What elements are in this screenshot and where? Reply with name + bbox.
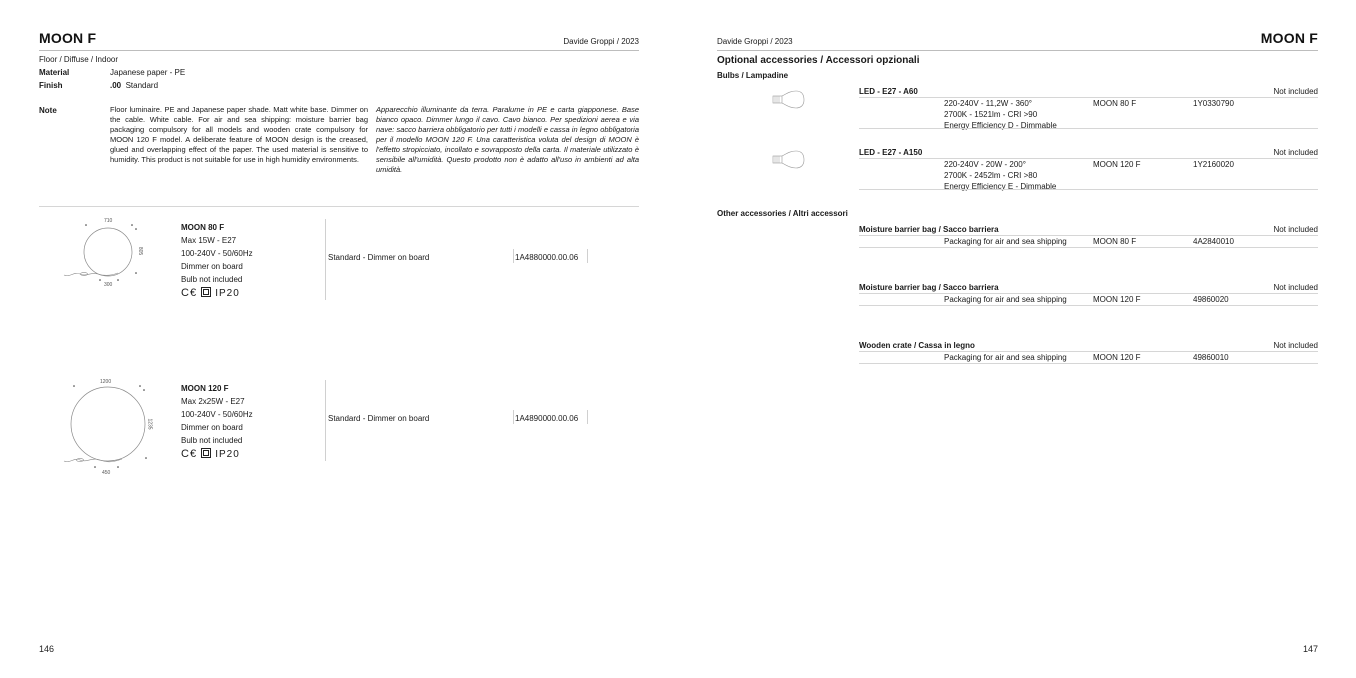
bulb-a150-status: Not included: [1218, 147, 1318, 158]
spec-wattage: Max 2x25W - E27: [181, 395, 253, 408]
spec-line: 2700K - 1521lm - CRI >90: [944, 109, 1057, 120]
bulb-a60-icon: [770, 90, 806, 115]
section-divider: [39, 206, 639, 207]
spec-voltage: 100-240V - 50/60Hz: [181, 408, 253, 421]
moon-80-code: 1A4880000.00.06: [515, 252, 578, 263]
code-divider-left: [513, 249, 514, 263]
dim-base-label: 450: [102, 470, 110, 476]
bulbs-heading: Bulbs / Lampadine: [717, 70, 788, 81]
note-english: Floor luminaire. PE and Japanese paper s…: [110, 105, 368, 165]
bulb-a60-name: LED - E27 - A60: [859, 86, 918, 97]
accessory-status: Not included: [1218, 340, 1318, 351]
accessory-model: MOON 120 F: [1093, 352, 1141, 363]
moon-80-version: Standard - Dimmer on board: [328, 252, 429, 263]
spec-line: 2700K - 2452lm - CRI >80: [944, 170, 1056, 181]
note-label: Note: [39, 105, 57, 116]
moon-120-specs: MOON 120 F Max 2x25W - E27 100-240V - 50…: [181, 382, 253, 461]
row-divider: [859, 351, 1318, 352]
material-value: Japanese paper - PE: [110, 67, 185, 78]
accessory-code: 4A2840010: [1193, 236, 1234, 247]
dim-height-label: 805: [137, 247, 143, 255]
class-ii-icon: [201, 287, 211, 297]
accessory-status: Not included: [1218, 282, 1318, 293]
moon-120-dimension-drawing: [60, 376, 160, 476]
bulb-a150-specs: 220-240V - 20W - 200° 2700K - 2452lm - C…: [944, 159, 1056, 192]
accessory-code: 49860020: [1193, 294, 1229, 305]
spec-line: Energy Efficiency E - Dimmable: [944, 181, 1056, 192]
bulb-a150-code: 1Y2160020: [1193, 159, 1234, 170]
class-ii-icon: [201, 448, 211, 458]
row-divider: [859, 247, 1318, 248]
column-divider: [325, 380, 326, 461]
category-path: Floor / Diffuse / Indoor: [39, 54, 118, 65]
accessories-section-title: Optional accessories / Accessori opziona…: [717, 55, 919, 66]
moon-120-version: Standard - Dimmer on board: [328, 413, 429, 424]
dim-height-label: 1235: [147, 418, 153, 429]
row-divider: [859, 235, 1318, 236]
spec-bulb: Bulb not included: [181, 273, 253, 286]
code-divider-right: [587, 410, 588, 424]
bulb-a150-name: LED - E27 - A150: [859, 147, 922, 158]
header-divider: [39, 50, 639, 51]
code-divider-left: [513, 410, 514, 424]
accessory-model: MOON 80 F: [1093, 236, 1136, 247]
spec-line: 220-240V - 11,2W - 360°: [944, 98, 1057, 109]
moon-120-drawing: 1200 1235 450: [60, 376, 160, 476]
accessory-status: Not included: [1218, 224, 1318, 235]
accessory-desc: Packaging for air and sea shipping: [944, 236, 1067, 247]
spec-line: Energy Efficiency D - Dimmable: [944, 120, 1057, 131]
accessory-desc: Packaging for air and sea shipping: [944, 352, 1067, 363]
finish-label: Finish: [39, 80, 63, 91]
code-divider-right: [587, 249, 588, 263]
spec-dimmer: Dimmer on board: [181, 260, 253, 273]
page-brand-title: MOON F: [1218, 30, 1318, 46]
finish-code: .00: [110, 81, 121, 90]
accessory-code: 49860010: [1193, 352, 1229, 363]
page-number-left: 146: [39, 644, 54, 654]
spec-bulb: Bulb not included: [181, 434, 253, 447]
accessory-name: Moisture barrier bag / Sacco barriera: [859, 224, 999, 235]
row-divider: [859, 158, 1318, 159]
moon-80-specs: MOON 80 F Max 15W - E27 100-240V - 50/60…: [181, 221, 253, 300]
other-accessories-heading: Other accessories / Altri accessori: [717, 208, 848, 219]
row-divider: [859, 293, 1318, 294]
ce-mark-icon: C€: [181, 287, 197, 299]
finish-value: .00 Standard: [110, 80, 158, 91]
bulb-a60-specs: 220-240V - 11,2W - 360° 2700K - 1521lm -…: [944, 98, 1057, 131]
bulb-a150-model: MOON 120 F: [1093, 159, 1141, 170]
dim-width-label: 1200: [100, 379, 111, 385]
spec-voltage: 100-240V - 50/60Hz: [181, 247, 253, 260]
ip20-icon: IP20: [215, 449, 240, 460]
bulb-a60-code: 1Y0330790: [1193, 98, 1234, 109]
row-divider: [859, 363, 1318, 364]
designer-credit: Davide Groppi / 2023: [520, 36, 639, 47]
certification-icons: C€ IP20: [181, 447, 253, 461]
spec-dimmer: Dimmer on board: [181, 421, 253, 434]
column-divider: [325, 219, 326, 300]
spec-line: 220-240V - 20W - 200°: [944, 159, 1056, 170]
row-divider: [859, 305, 1318, 306]
page-brand-title: MOON F: [39, 30, 96, 46]
product-name: MOON 120 F: [181, 382, 253, 395]
bulb-a60-status: Not included: [1218, 86, 1318, 97]
accessory-name: Moisture barrier bag / Sacco barriera: [859, 282, 999, 293]
accessory-model: MOON 120 F: [1093, 294, 1141, 305]
moon-80-drawing: 710 805 300: [60, 214, 160, 294]
note-italian: Apparecchio illuminante da terra. Paralu…: [376, 105, 639, 175]
bulb-a60-model: MOON 80 F: [1093, 98, 1136, 109]
dim-base-label: 300: [104, 282, 112, 288]
ce-mark-icon: C€: [181, 448, 197, 460]
row-divider: [859, 128, 1318, 129]
material-label: Material: [39, 67, 69, 78]
certification-icons: C€ IP20: [181, 286, 253, 300]
finish-name: Standard: [126, 81, 158, 90]
header-divider: [717, 50, 1318, 51]
row-divider: [859, 97, 1318, 98]
designer-credit: Davide Groppi / 2023: [717, 36, 793, 47]
page-number-right: 147: [1268, 644, 1318, 654]
spec-wattage: Max 15W - E27: [181, 234, 253, 247]
bulb-a150-icon: [770, 150, 806, 175]
moon-120-code: 1A4890000.00.06: [515, 413, 578, 424]
ip20-icon: IP20: [215, 288, 240, 299]
product-name: MOON 80 F: [181, 221, 253, 234]
row-divider: [859, 189, 1318, 190]
dim-width-label: 710: [104, 218, 112, 224]
accessory-desc: Packaging for air and sea shipping: [944, 294, 1067, 305]
accessory-name: Wooden crate / Cassa in legno: [859, 340, 975, 351]
